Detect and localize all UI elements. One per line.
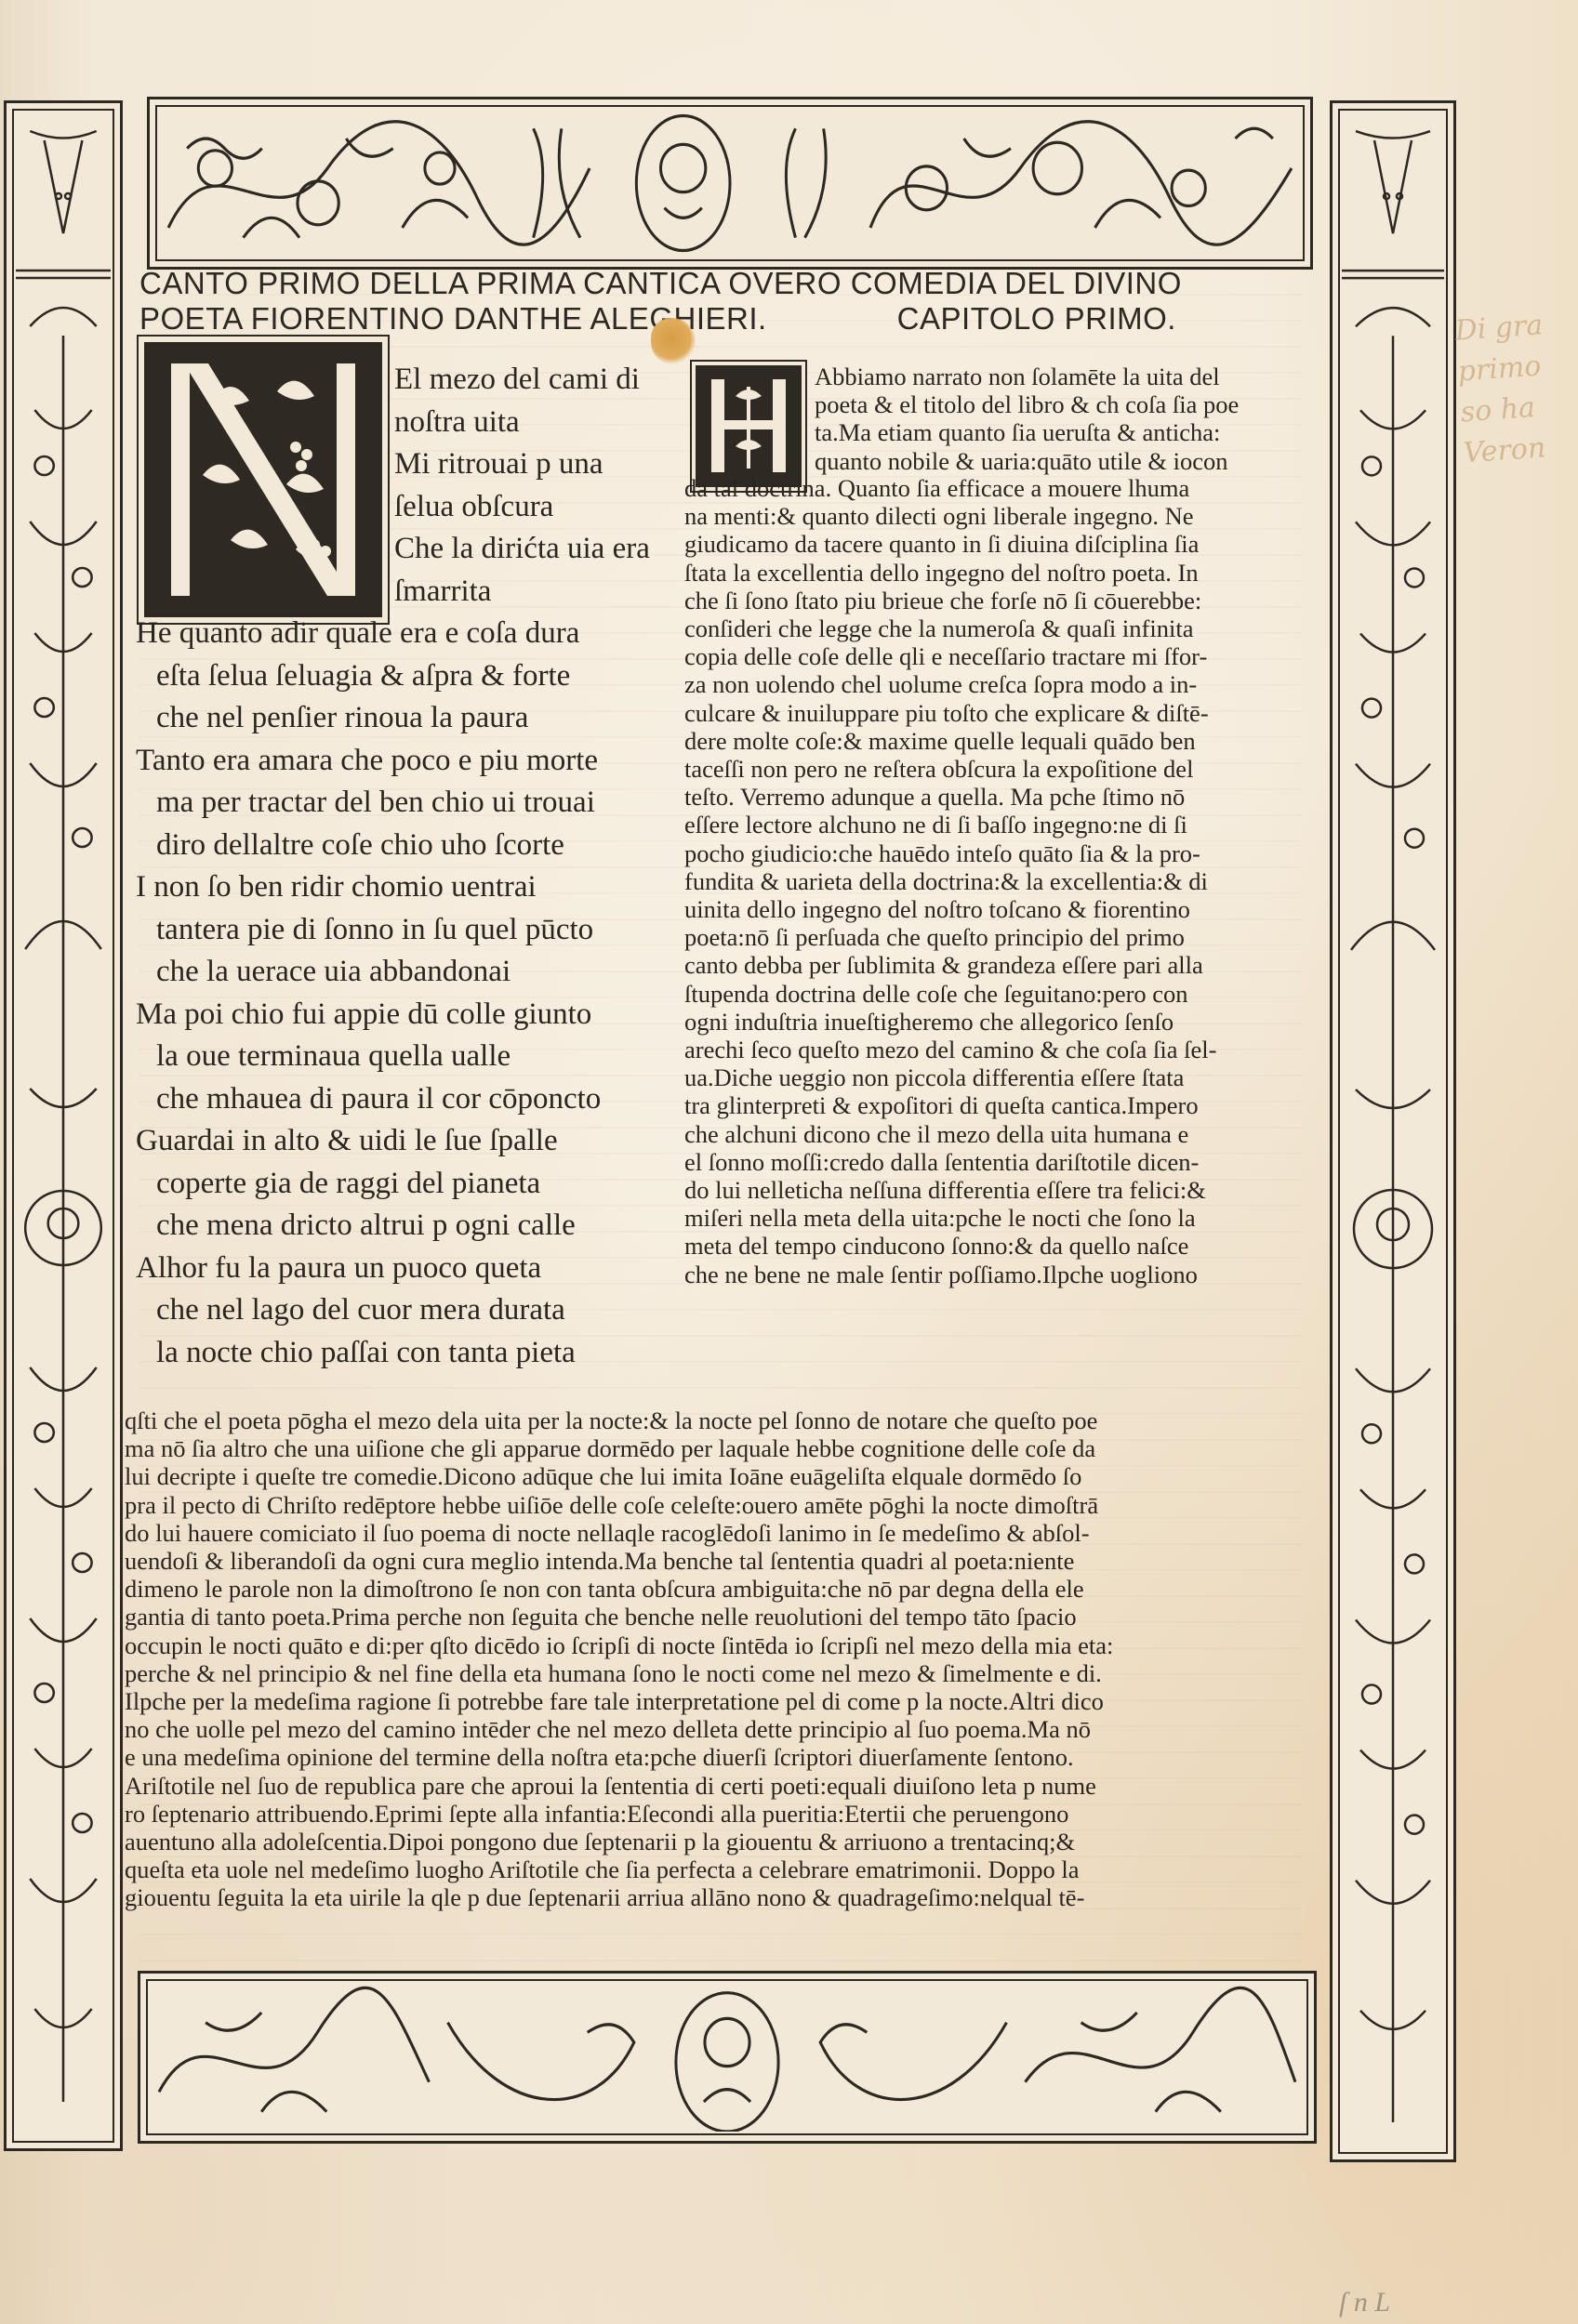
heading-line-1: CANTO PRIMO DELLA PRIMA CANTICA OVERO CO…	[139, 266, 1302, 301]
verse-opening: El mezo del cami di noſtra uita Mi ritro…	[394, 359, 650, 613]
commentary-line: poeta:nō ſi perſuada che queſto principi…	[684, 923, 1216, 951]
verse-line: El mezo del cami di	[394, 359, 650, 402]
verse-line: che nel lago del cuor mera durata	[136, 1289, 601, 1332]
commentary-right-column: da tal doctrina. Quanto ſia efficace a m…	[684, 474, 1216, 1288]
commentary-line: do lui hauere comiciato il ſuo poema di …	[125, 1519, 1113, 1547]
commentary-line: qſti che el poeta pōgha el mezo dela uit…	[125, 1406, 1113, 1434]
commentary-line: teſto. Verremo adunque a quella. Ma pche…	[684, 783, 1216, 811]
commentary-line: canto debba per ſublimita & grandeza eſſ…	[684, 951, 1216, 979]
commentary-line: ſtata la excellentia dello ingegno del n…	[684, 559, 1216, 587]
verse-line: ſmarrita	[394, 571, 650, 614]
commentary-line: za non uolendo chel uolume creſca ſopra …	[684, 670, 1216, 698]
commentary-line: pra il pecto di Chriſto redēptore hebbe …	[125, 1491, 1113, 1519]
verse-line: che nel penſier rinoua la paura	[136, 697, 601, 740]
commentary-line: pocho giudicio:che hauēdo inteſo quāto ſ…	[684, 839, 1216, 867]
commentary-line: el ſonno moſſi:credo dalla ſententia dar…	[684, 1148, 1216, 1176]
commentary-line: meta del tempo cinducono ſonno:& da quel…	[684, 1232, 1216, 1260]
verse-line: la nocte chio paſſai con tanta pieta	[136, 1332, 601, 1375]
commentary-line: Ariſtotile nel ſuo de republica pare che…	[125, 1772, 1113, 1800]
commentary-line: queſta eta uole nel medeſimo luogho Ariſ…	[125, 1855, 1113, 1883]
letter-h-foliate-icon	[698, 368, 799, 484]
verse-line: la oue terminaua quella ualle	[136, 1036, 601, 1078]
woodcut-initial-h	[696, 365, 802, 487]
commentary-line: che ſi ſono ſtato piu brieue che forſe n…	[684, 587, 1216, 614]
verse-line: noſtra uita	[394, 402, 650, 444]
commentary-line: gantia di tanto poeta.Prima perche non ſ…	[125, 1603, 1113, 1631]
letter-n-foliate-icon	[147, 345, 379, 614]
tercet-lead: I non ſo ben ridir chomio uentrai	[136, 866, 601, 909]
canto-heading: CANTO PRIMO DELLA PRIMA CANTICA OVERO CO…	[139, 266, 1302, 337]
verse-line: ſelua obſcura	[394, 486, 650, 529]
verse-line: diro dellaltre coſe chio uho ſcorte	[136, 825, 601, 867]
verse-line: che la uerace uia abbandonai	[136, 951, 601, 994]
verse-line: Che la dirićta uia era	[394, 528, 650, 571]
verse-line: eſta ſelua ſeluagia & aſpra & forte	[136, 655, 601, 698]
handwritten-marginalia: Di gra primo so ha Veron	[1453, 303, 1578, 497]
foliate-scroll-with-medallion-icon	[159, 109, 1301, 257]
verse-line: Mi ritrouai p una	[394, 443, 650, 486]
commentary-line: ro ſeptenario attribuendo.Eprimi ſepte a…	[125, 1800, 1113, 1828]
candelabrum-ornament-icon	[1342, 112, 1444, 2150]
commentary-line: fundita & uarieta della doctrina:& la ex…	[684, 867, 1216, 895]
tercet-lead: Ma poi chio fui appie dū colle giunto	[136, 994, 601, 1037]
bottom-woodcut-border	[138, 1971, 1317, 2144]
commentary-opening: Abbiamo narrato non ſolamēte la uita del…	[815, 363, 1239, 475]
verse-line: tantera pie di ſonno in ſu quel pūcto	[136, 909, 601, 952]
verse-tercets: He quanto adir quale era e coſa dura eſt…	[136, 613, 601, 1374]
commentary-line: uendoſi & liberandoſi da ogni cura megli…	[125, 1547, 1113, 1575]
verse-line: che mena dricto altrui p ogni calle	[136, 1205, 601, 1248]
verse-line: coperte gia de raggi del pianeta	[136, 1163, 601, 1206]
commentary-line: na menti:& quanto dilecti ogni liberale …	[684, 502, 1216, 530]
commentary-line: occupin le nocti quāto e di:per qſto dic…	[125, 1631, 1113, 1659]
commentary-line: e una medeſima opinione del termine dell…	[125, 1743, 1113, 1771]
tercet-lead: He quanto adir quale era e coſa dura	[136, 613, 601, 655]
dolphins-and-medallion-icon	[150, 1983, 1305, 2132]
folio-pencil-mark: ſ n L	[1339, 2287, 1390, 2318]
commentary-line: poeta & el titolo del libro & ch coſa ſi…	[815, 390, 1239, 418]
candelabrum-ornament-icon	[16, 112, 111, 2139]
commentary-line: giouentu ſeguita la eta uirile la qle p …	[125, 1883, 1113, 1911]
commentary-line: taceſſi non pero ne reſtera obſcura la e…	[684, 755, 1216, 783]
verse-line: che mhauea di paura il cor cōponcto	[136, 1078, 601, 1121]
right-woodcut-border	[1330, 100, 1456, 2162]
commentary-line: uinita dello ingegno del noſtro toſcano …	[684, 895, 1216, 923]
commentary-line: eſſere lectore alchuno ne di ſi baſſo in…	[684, 811, 1216, 838]
commentary-line: quanto nobile & uaria:quāto utile & ioco…	[815, 447, 1239, 475]
commentary-line: copia delle coſe delle qli e neceſſario …	[684, 642, 1216, 670]
tercet-lead: Guardai in alto & uidi le ſue ſpalle	[136, 1120, 601, 1163]
commentary-line: giudicamo da tacere quanto in ſi diuina …	[684, 530, 1216, 558]
commentary-line: che alchuni dicono che il mezo della uit…	[684, 1120, 1216, 1148]
commentary-line: ogni induſtria inueſtigheremo che allego…	[684, 1008, 1216, 1036]
commentary-line: ſtupenda doctrina delle coſe che ſeguita…	[684, 980, 1216, 1008]
commentary-full-width: qſti che el poeta pōgha el mezo dela uit…	[125, 1406, 1113, 1912]
commentary-line: perche & nel principio & nel fine della …	[125, 1659, 1113, 1687]
commentary-line: Abbiamo narrato non ſolamēte la uita del	[815, 363, 1239, 390]
marginalia-line: Veron	[1462, 425, 1578, 474]
commentary-line: arechi ſeco queſto mezo del camino & che…	[684, 1036, 1216, 1063]
paper-stain	[651, 318, 696, 364]
verse-line: ma per tractar del ben chio ui trouai	[136, 782, 601, 825]
commentary-line: do lui nelleticha neſſuna differentia eſ…	[684, 1176, 1216, 1204]
commentary-line: no che uolle pel mezo del camino intēder…	[125, 1715, 1113, 1743]
commentary-line: lui decripte i queſte tre comedie.Dicono…	[125, 1462, 1113, 1490]
commentary-line: culcare & inuiluppare piu toſto che expl…	[684, 699, 1216, 727]
commentary-line: miſeri nella meta della uita:pche le noc…	[684, 1204, 1216, 1232]
commentary-line: ma nō ſia altro che una uiſione che gli …	[125, 1434, 1113, 1462]
chapter-title: CAPITOLO PRIMO.	[897, 301, 1176, 337]
commentary-line: Ilpche per la medeſima ragione ſi potreb…	[125, 1687, 1113, 1715]
woodcut-initial-n	[144, 342, 382, 617]
commentary-line: auentuno alla adoleſcentia.Dipoi pongono…	[125, 1828, 1113, 1855]
commentary-line: tra glinterpreti & expoſitori di queſta …	[684, 1091, 1216, 1119]
commentary-line: dere molte coſe:& maxime quelle lequali …	[684, 727, 1216, 755]
commentary-line: dimeno le parole non la dimoſtrono ſe no…	[125, 1575, 1113, 1603]
commentary-line: ta.Ma etiam quanto ſia ueruſta & anticha…	[815, 418, 1239, 446]
left-woodcut-border	[4, 100, 123, 2151]
commentary-line: da tal doctrina. Quanto ſia efficace a m…	[684, 474, 1216, 502]
tercet-lead: Tanto era amara che poco e piu morte	[136, 740, 601, 783]
tercet-lead: Alhor fu la paura un puoco queta	[136, 1248, 601, 1290]
commentary-line: ua.Diche ueggio non piccola differentia …	[684, 1063, 1216, 1091]
commentary-line: conſideri che legge che la numeroſa & qu…	[684, 614, 1216, 642]
top-woodcut-border	[147, 97, 1313, 270]
commentary-line: che ne bene ne male ſentir poſſiamo.Ilpc…	[684, 1261, 1216, 1288]
